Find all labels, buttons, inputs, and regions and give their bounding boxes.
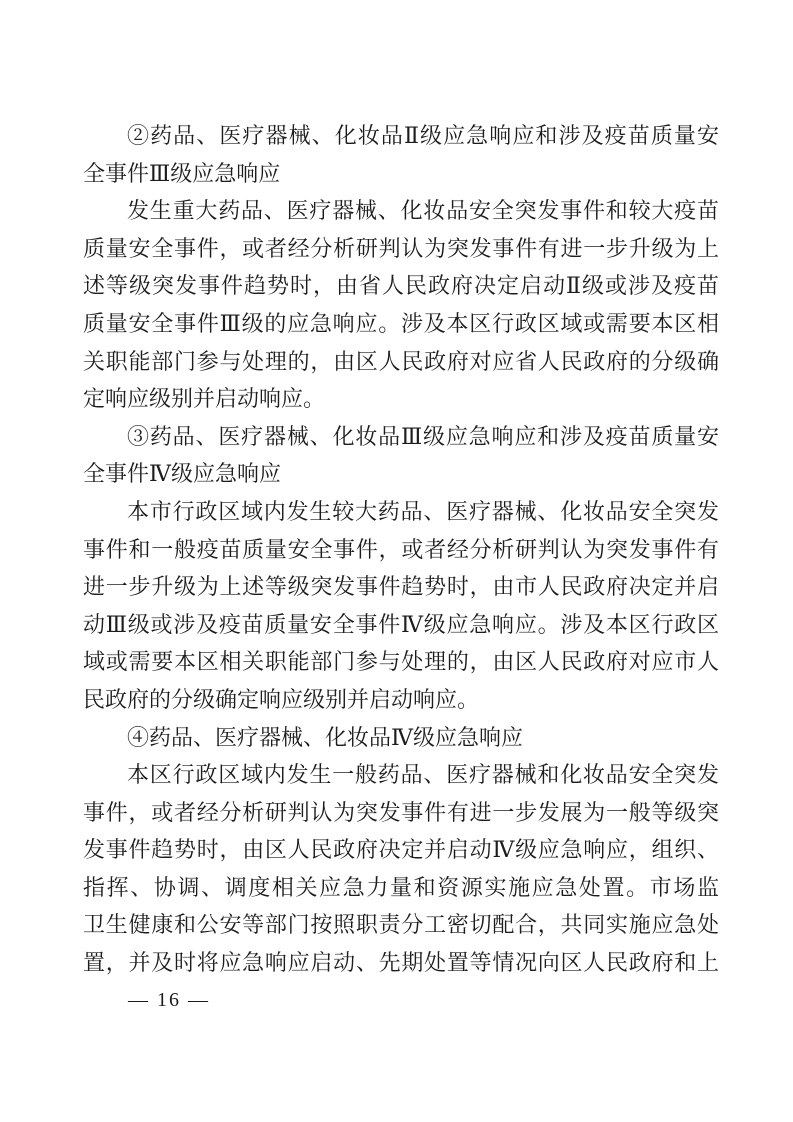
text-line: 域或需要本区相关职能部门参与处理的，由区人民政府对应市人 xyxy=(83,643,719,681)
text-line: 卫生健康和公安等部门按照职责分工密切配合，共同实施应急处 xyxy=(83,906,719,944)
paragraph-body: 发生重大药品、医疗器械、化妆品安全突发事件和较大疫苗质量安全事件，或者经分析研判… xyxy=(83,192,719,418)
text-line: ③药品、医疗器械、化妆品Ⅲ级应急响应和涉及疫苗质量安 xyxy=(83,418,719,456)
text-line: 本市行政区域内发生较大药品、医疗器械、化妆品安全突发 xyxy=(83,493,719,531)
text-line: 指挥、协调、调度相关应急力量和资源实施应急处置。市场监管、 xyxy=(83,869,719,907)
text-line: 关职能部门参与处理的，由区人民政府对应省人民政府的分级确 xyxy=(83,343,719,381)
text-line: 置，并及时将应急响应启动、先期处置等情况向区人民政府和上 xyxy=(83,944,719,982)
paragraph-body: 本市行政区域内发生较大药品、医疗器械、化妆品安全突发事件和一般疫苗质量安全事件，… xyxy=(83,493,719,719)
document-body: ②药品、医疗器械、化妆品Ⅱ级应急响应和涉及疫苗质量安全事件Ⅲ级应急响应发生重大药… xyxy=(83,117,719,982)
text-line: 动Ⅲ级或涉及疫苗质量安全事件Ⅳ级应急响应。涉及本区行政区 xyxy=(83,606,719,644)
text-line: 全事件Ⅲ级应急响应 xyxy=(83,155,719,193)
text-line: 事件，或者经分析研判认为突发事件有进一步发展为一般等级突 xyxy=(83,794,719,832)
page-number: — 16 — xyxy=(128,989,210,1012)
text-line: 质量安全事件，或者经分析研判认为突发事件有进一步升级为上 xyxy=(83,230,719,268)
paragraph-heading: ②药品、医疗器械、化妆品Ⅱ级应急响应和涉及疫苗质量安全事件Ⅲ级应急响应 xyxy=(83,117,719,192)
text-line: 定响应级别并启动响应。 xyxy=(83,380,719,418)
text-line: 发事件趋势时，由区人民政府决定并启动Ⅳ级应急响应，组织、 xyxy=(83,831,719,869)
document-page: ②药品、医疗器械、化妆品Ⅱ级应急响应和涉及疫苗质量安全事件Ⅲ级应急响应发生重大药… xyxy=(0,0,793,1122)
text-line: 民政府的分级确定响应级别并启动响应。 xyxy=(83,681,719,719)
text-line: 全事件Ⅳ级应急响应 xyxy=(83,455,719,493)
text-line: 进一步升级为上述等级突发事件趋势时，由市人民政府决定并启 xyxy=(83,568,719,606)
text-line: 本区行政区域内发生一般药品、医疗器械和化妆品安全突发 xyxy=(83,756,719,794)
text-line: 发生重大药品、医疗器械、化妆品安全突发事件和较大疫苗 xyxy=(83,192,719,230)
text-line: 事件和一般疫苗质量安全事件，或者经分析研判认为突发事件有 xyxy=(83,531,719,569)
paragraph-body: 本区行政区域内发生一般药品、医疗器械和化妆品安全突发事件，或者经分析研判认为突发… xyxy=(83,756,719,982)
text-line: ④药品、医疗器械、化妆品Ⅳ级应急响应 xyxy=(83,719,719,757)
paragraph-heading: ④药品、医疗器械、化妆品Ⅳ级应急响应 xyxy=(83,719,719,757)
paragraph-heading: ③药品、医疗器械、化妆品Ⅲ级应急响应和涉及疫苗质量安全事件Ⅳ级应急响应 xyxy=(83,418,719,493)
text-line: 述等级突发事件趋势时，由省人民政府决定启动Ⅱ级或涉及疫苗 xyxy=(83,267,719,305)
text-line: ②药品、医疗器械、化妆品Ⅱ级应急响应和涉及疫苗质量安 xyxy=(83,117,719,155)
text-line: 质量安全事件Ⅲ级的应急响应。涉及本区行政区域或需要本区相 xyxy=(83,305,719,343)
